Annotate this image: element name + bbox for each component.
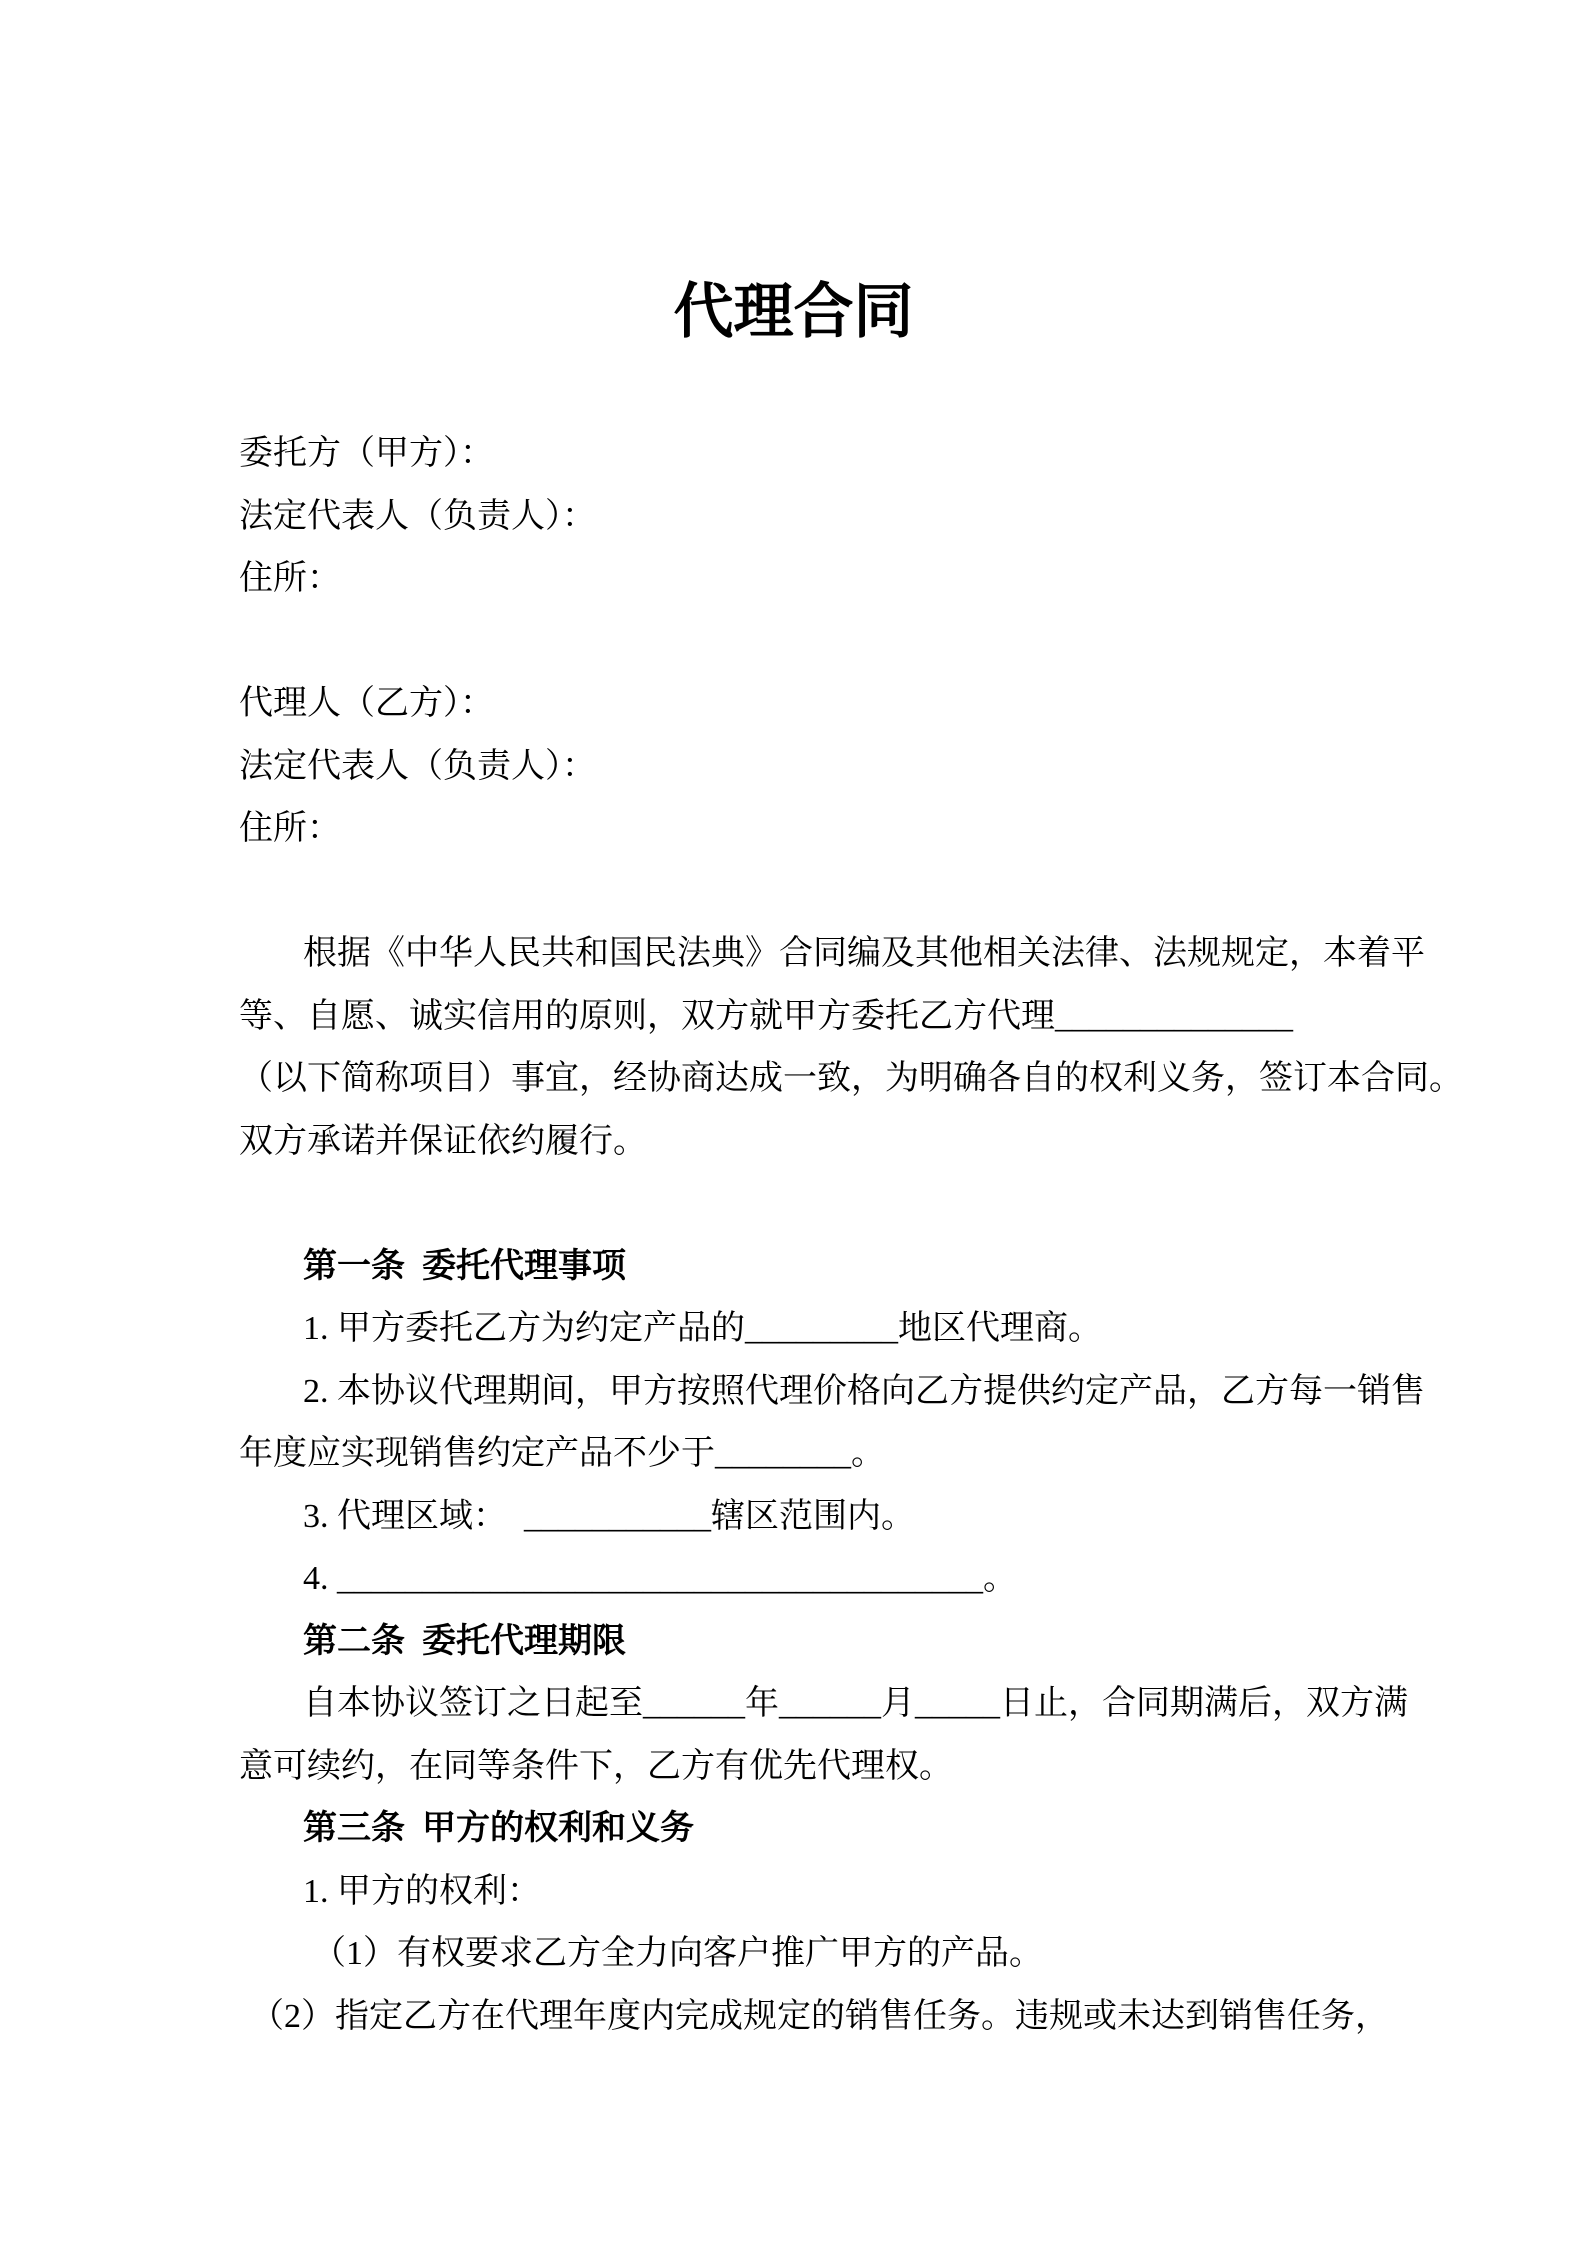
- article-2-line-1: 自本协议签订之日起至______年______月_____日止，合同期满后，双方…: [239, 1673, 1527, 1736]
- preamble-line-3: （以下简称项目）事宜，经协商达成一致，为明确各自的权利义务，签订本合同。: [239, 1048, 1527, 1111]
- contract-page: 代理合同 委托方（甲方）： 法定代表人（负责人）： 住所： 代理人（乙方）： 法…: [0, 0, 1587, 2245]
- preamble-line-4: 双方承诺并保证依约履行。: [239, 1111, 1527, 1174]
- party-b-address-line: 住所：: [239, 798, 1527, 861]
- article-1-item-1: 1. 甲方委托乙方为约定产品的_________地区代理商。: [239, 1298, 1527, 1361]
- blank-line: [239, 611, 1527, 674]
- preamble-line-1: 根据《中华人民共和国民法典》合同编及其他相关法律、法规规定，本着平: [239, 923, 1527, 986]
- party-a-address-line: 住所：: [239, 548, 1527, 611]
- article-3-heading: 第三条 甲方的权利和义务: [239, 1798, 1527, 1861]
- article-1-item-3: 3. 代理区域： ___________辖区范围内。: [239, 1486, 1527, 1549]
- party-a-role-line: 委托方（甲方）：: [239, 423, 1527, 486]
- article-2-heading: 第二条 委托代理期限: [239, 1611, 1527, 1674]
- blank-line: [239, 1173, 1527, 1236]
- article-3-sub-item-1: （1）有权要求乙方全力向客户推广甲方的产品。: [239, 1923, 1527, 1986]
- article-3-sub-item-2: （2）指定乙方在代理年度内完成规定的销售任务。违规或未达到销售任务，: [239, 1986, 1527, 2049]
- article-1-item-2-line-2: 年度应实现销售约定产品不少于________。: [239, 1423, 1527, 1486]
- article-2-line-2: 意可续约，在同等条件下，乙方有优先代理权。: [239, 1736, 1527, 1799]
- document-title: 代理合同: [0, 0, 1587, 348]
- party-b-representative-line: 法定代表人（负责人）：: [239, 736, 1527, 799]
- article-3-item-1: 1. 甲方的权利：: [239, 1861, 1527, 1924]
- article-1-item-4: 4. _____________________________________…: [239, 1548, 1527, 1611]
- article-1-heading: 第一条 委托代理事项: [239, 1236, 1527, 1299]
- party-b-role-line: 代理人（乙方）：: [239, 673, 1527, 736]
- document-body: 委托方（甲方）： 法定代表人（负责人）： 住所： 代理人（乙方）： 法定代表人（…: [0, 423, 1587, 2048]
- preamble-line-2: 等、自愿、诚实信用的原则，双方就甲方委托乙方代理______________: [239, 986, 1527, 1049]
- party-a-representative-line: 法定代表人（负责人）：: [239, 486, 1527, 549]
- article-1-item-2-line-1: 2. 本协议代理期间，甲方按照代理价格向乙方提供约定产品，乙方每一销售: [239, 1361, 1527, 1424]
- blank-line: [239, 861, 1527, 924]
